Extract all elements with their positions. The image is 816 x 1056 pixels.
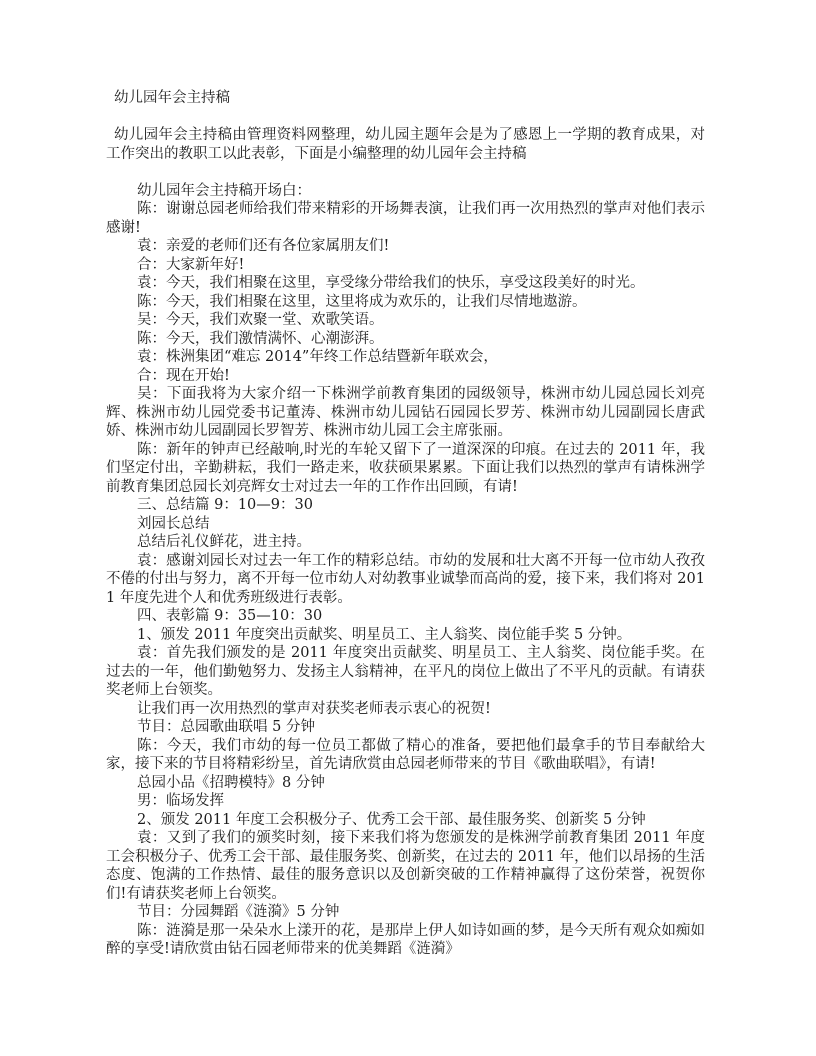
paragraph: 袁：又到了我们的颁奖时刻，接下来我们将为您颁发的是株洲学前教育集团 2011 年… bbox=[106, 829, 705, 903]
paragraph: 1、颁发 2011 年度突出贡献奖、明星员工、主人翁奖、岗位能手奖 5 分钟。 bbox=[106, 626, 705, 645]
paragraph: 总结后礼仪鲜花，进主持。 bbox=[106, 533, 705, 552]
paragraph: 四、表彰篇 9：35—10：30 bbox=[106, 607, 705, 626]
paragraph: 让我们再一次用热烈的掌声对获奖老师表示衷心的祝贺! bbox=[106, 700, 705, 719]
paragraph: 袁：今天，我们相聚在这里，享受缘分带给我们的快乐，享受这段美好的时光。 bbox=[106, 274, 705, 293]
paragraph: 2、颁发 2011 年度工会积极分子、优秀工会干部、最佳服务奖、创新奖 5 分钟 bbox=[106, 811, 705, 830]
paragraph: 陈：新年的钟声已经敲响,时光的车轮又留下了一道深深的印痕。在过去的 2011 年… bbox=[106, 441, 705, 497]
paragraph: 节目：分园舞蹈《涟漪》5 分钟 bbox=[106, 903, 705, 922]
paragraph: 男：临场发挥 bbox=[106, 792, 705, 811]
paragraph: 袁：感谢刘园长对过去一年工作的精彩总结。市幼的发展和壮大离不开每一位市幼人孜孜不… bbox=[106, 552, 705, 608]
document-body: 幼儿园年会主持稿由管理资料网整理，幼儿园主题年会是为了感恩上一学期的教育成果，对… bbox=[106, 126, 705, 959]
paragraph: 三、总结篇 9：10—9：30 bbox=[106, 496, 705, 515]
paragraph: 袁：亲爱的老师们还有各位家属朋友们! bbox=[106, 237, 705, 256]
paragraph: 幼儿园年会主持稿由管理资料网整理，幼儿园主题年会是为了感恩上一学期的教育成果，对… bbox=[106, 126, 705, 163]
paragraph: 合：现在开始! bbox=[106, 367, 705, 386]
document-title: 幼儿园年会主持稿 bbox=[106, 89, 705, 108]
paragraph: 幼儿园年会主持稿开场白： bbox=[106, 182, 705, 201]
paragraph: 陈：今天，我们激情满怀、心潮澎湃。 bbox=[106, 330, 705, 349]
paragraph: 合：大家新年好! bbox=[106, 256, 705, 275]
paragraph: 节目：总园歌曲联唱 5 分钟 bbox=[106, 718, 705, 737]
paragraph: 陈：谢谢总园老师给我们带来精彩的开场舞表演，让我们再一次用热烈的掌声对他们表示感… bbox=[106, 200, 705, 237]
paragraph: 陈：今天，我们相聚在这里，这里将成为欢乐的，让我们尽情地遨游。 bbox=[106, 293, 705, 312]
paragraph: 陈：涟漪是那一朵朵水上漾开的花，是那岸上伊人如诗如画的梦，是今天所有观众如痴如醉… bbox=[106, 922, 705, 959]
document-page: 幼儿园年会主持稿 幼儿园年会主持稿由管理资料网整理，幼儿园主题年会是为了感恩上一… bbox=[0, 0, 816, 1056]
paragraph: 袁：首先我们颁发的是 2011 年度突出贡献奖、明星员工、主人翁奖、岗位能手奖。… bbox=[106, 644, 705, 700]
paragraph: 总园小品《招聘模特》8 分钟 bbox=[106, 774, 705, 793]
paragraph: 吴：下面我将为大家介绍一下株洲学前教育集团的园级领导，株洲市幼儿园总园长刘亮辉、… bbox=[106, 385, 705, 441]
paragraph: 袁：株洲集团“难忘 2014”年终工作总结暨新年联欢会， bbox=[106, 348, 705, 367]
paragraph: 陈：今天，我们市幼的每一位员工都做了精心的准备，要把他们最拿手的节目奉献给大家，… bbox=[106, 737, 705, 774]
paragraph: 吴：今天，我们欢聚一堂、欢歌笑语。 bbox=[106, 311, 705, 330]
paragraph: 刘园长总结 bbox=[106, 515, 705, 534]
